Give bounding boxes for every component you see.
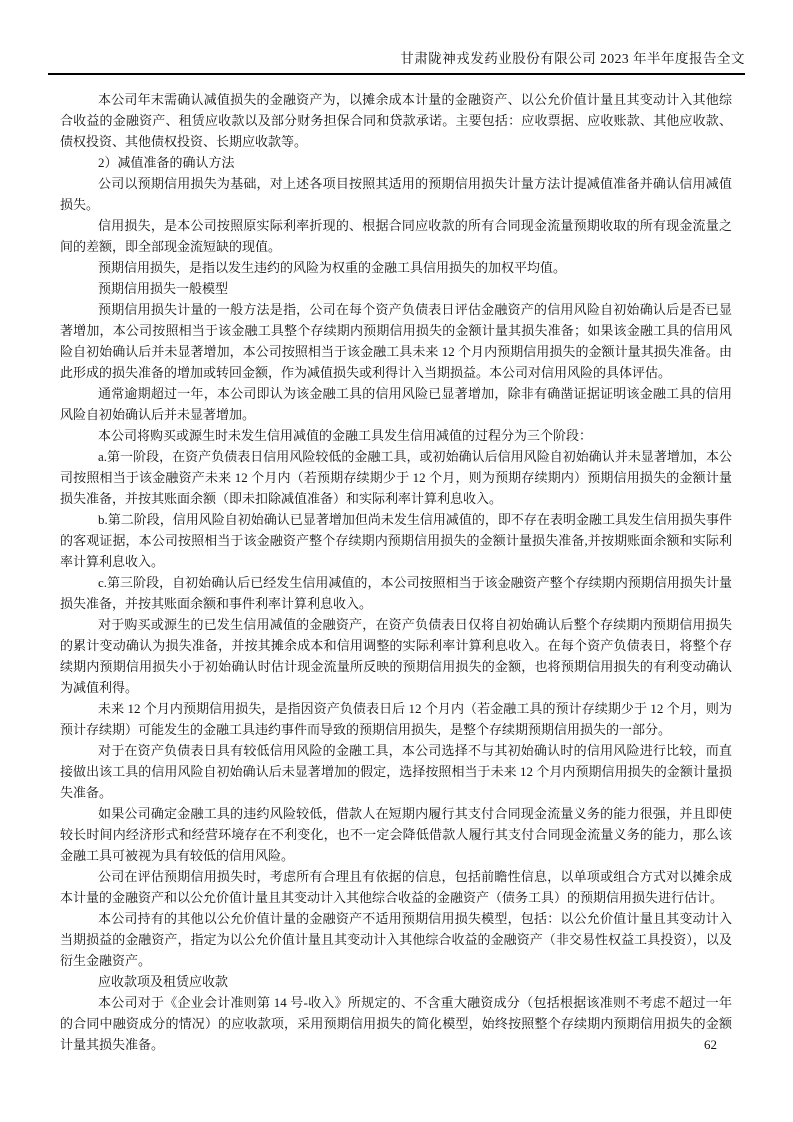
paragraph: b.第二阶段，信用风险自初始确认已显著增加但尚未发生信用减值的，即不存在表明金融…	[60, 509, 732, 572]
page-number: 62	[704, 1036, 717, 1054]
paragraph: 预期信用损失，是指以发生违约的风险为权重的金融工具信用损失的加权平均值。	[60, 257, 732, 278]
paragraph: c.第三阶段，自初始确认后已经发生信用减值的，本公司按照相当于该金融资产整个存续…	[60, 572, 732, 614]
paragraph: 预期信用损失计量的一般方法是指，公司在每个资产负债表日评估金融资产的信用风险自初…	[60, 299, 732, 383]
paragraph: 本公司将购买或源生时未发生信用减值的金融工具发生信用减值的过程分为三个阶段：	[60, 425, 732, 446]
paragraph: 本公司持有的其他以公允价值计量的金融资产不适用预期信用损失模型，包括：以公允价值…	[60, 908, 732, 971]
paragraph: 未来 12 个月内预期信用损失，是指因资产负债表日后 12 个月内（若金融工具的…	[60, 698, 732, 740]
page-header: 甘肃陇神戎发药业股份有限公司 2023 年半年度报告全文	[48, 50, 745, 75]
paragraph: 通常逾期超过一年，本公司即认为该金融工具的信用风险已显著增加，除非有确凿证据证明…	[60, 383, 732, 425]
paragraph: a.第一阶段，在资产负债表日信用风险较低的金融工具，或初始确认后信用风险自初始确…	[60, 446, 732, 509]
paragraph: 对于在资产负债表日具有较低信用风险的金融工具，本公司选择不与其初始确认时的信用风…	[60, 740, 732, 803]
paragraph: 应收款项及租赁应收款	[60, 971, 732, 992]
paragraph: 公司以预期信用损失为基础，对上述各项目按照其适用的预期信用损失计量方法计提减值准…	[60, 173, 732, 215]
paragraph: 信用损失，是本公司按照原实际利率折现的、根据合同应收款的所有合同现金流量预期收取…	[60, 215, 732, 257]
paragraph: 如果公司确定金融工具的违约风险较低，借款人在短期内履行其支付合同现金流量义务的能…	[60, 803, 732, 866]
paragraph: 公司在评估预期信用损失时，考虑所有合理且有依据的信息，包括前瞻性信息，以单项或组…	[60, 866, 732, 908]
paragraph: 对于购买或源生的已发生信用减值的金融资产，在资产负债表日仅将自初始确认后整个存续…	[60, 614, 732, 698]
paragraph: 本公司年末需确认减值损失的金融资产为，以摊余成本计量的金融资产、以公允价值计量且…	[60, 89, 732, 152]
report-page: 甘肃陇神戎发药业股份有限公司 2023 年半年度报告全文 本公司年末需确认减值损…	[0, 0, 793, 1122]
paragraph: 预期信用损失一般模型	[60, 278, 732, 299]
paragraph: 本公司对于《企业会计准则第 14 号-收入》所规定的、不含重大融资成分（包括根据…	[60, 992, 732, 1055]
report-title: 甘肃陇神戎发药业股份有限公司 2023 年半年度报告全文	[400, 51, 745, 66]
document-body: 本公司年末需确认减值损失的金融资产为，以摊余成本计量的金融资产、以公允价值计量且…	[60, 89, 732, 1055]
paragraph: 2）减值准备的确认方法	[60, 152, 732, 173]
